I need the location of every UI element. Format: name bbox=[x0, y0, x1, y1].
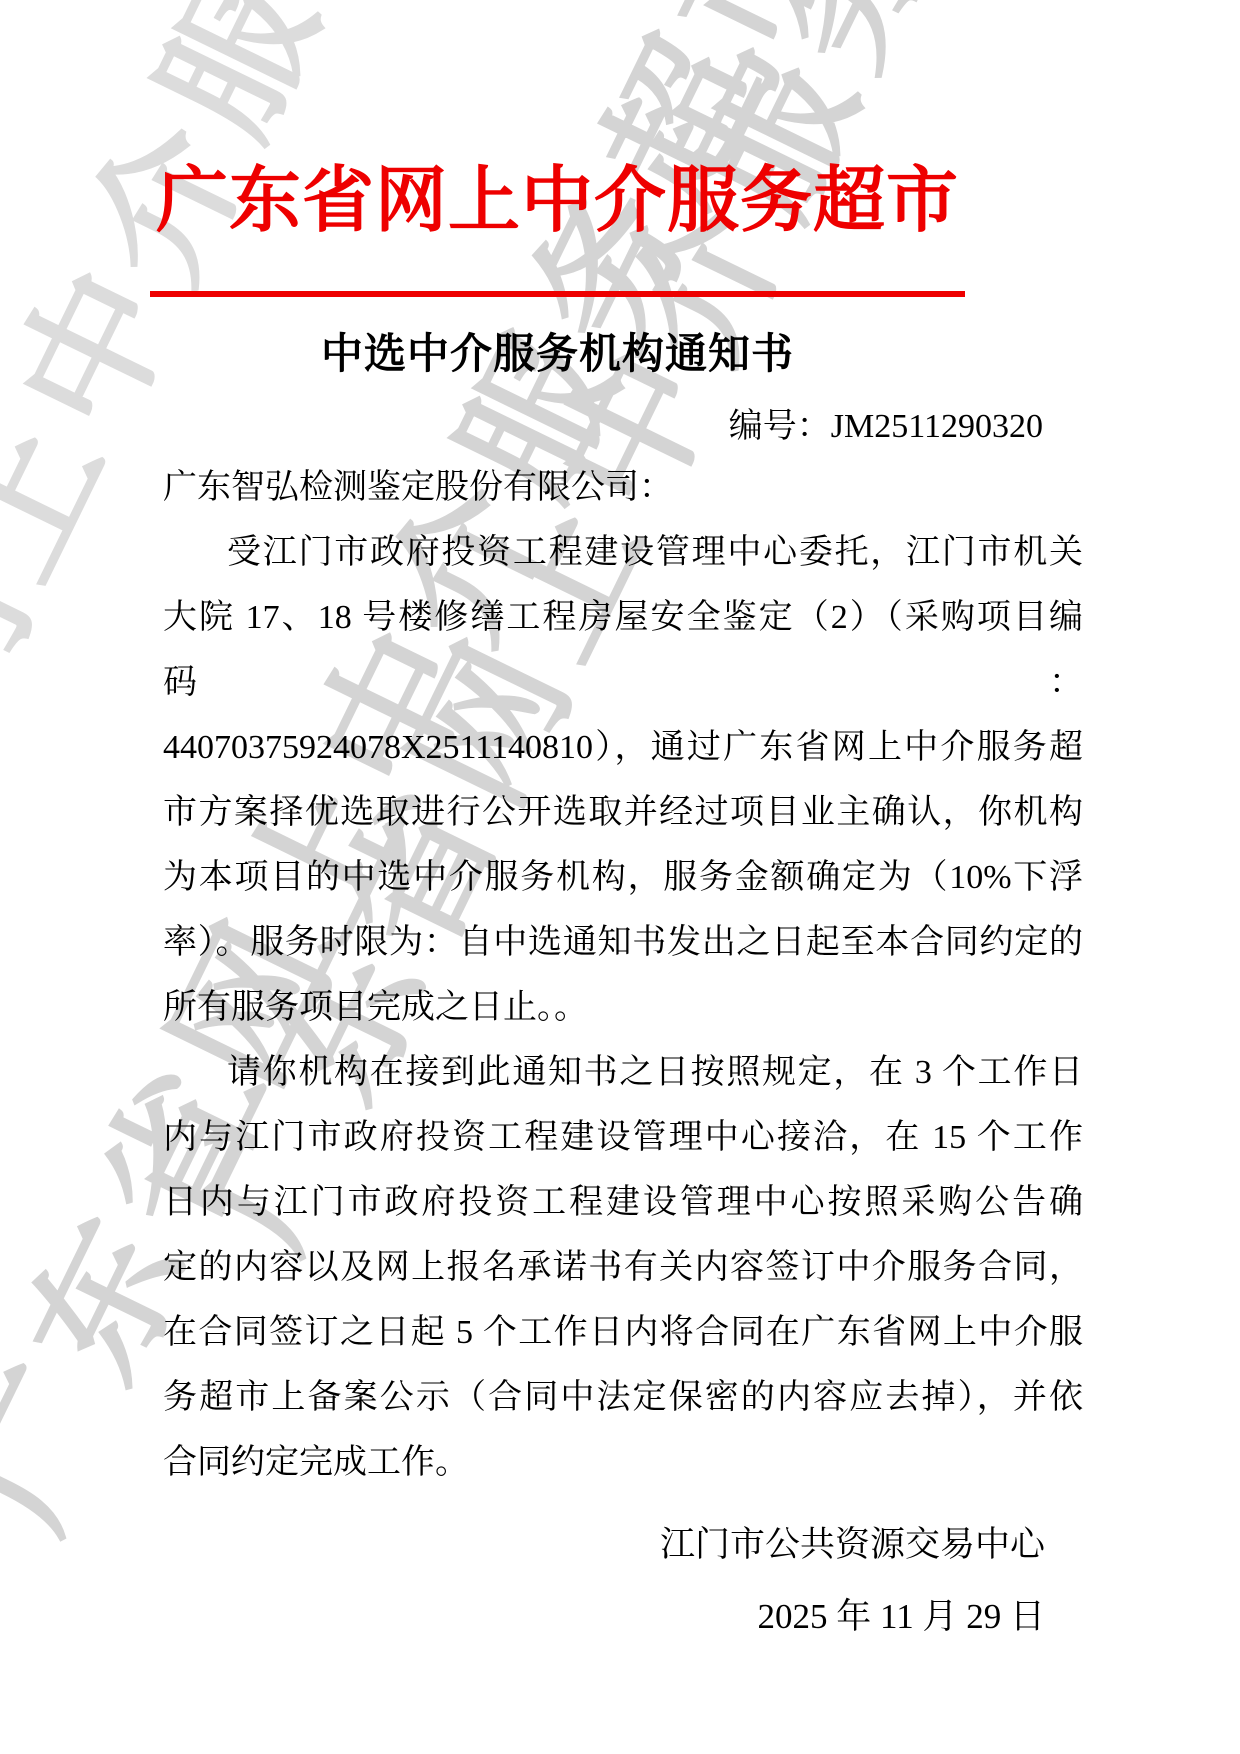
body-line: 务超市上备案公示（合同中法定保密的内容应去掉），并依 bbox=[163, 1365, 1083, 1430]
document-content: 广东省网上中介服务超市 中选中介服务机构通知书 编号：JM2511290320 … bbox=[0, 0, 1240, 1754]
body-line: 44070375924078X2511140810），通过广东省网上中介服务超 bbox=[163, 715, 1083, 780]
salutation-line: 广东智弘检测鉴定股份有限公司： bbox=[163, 455, 1083, 520]
body-line: 市方案择优选取进行公开选取并经过项目业主确认，你机构 bbox=[163, 780, 1083, 845]
issue-date: 2025 年 11 月 29 日 bbox=[163, 1581, 1045, 1653]
notice-document-page: 广东省网上中介服务超市 广东省网上中介服务超市 广东省网上中介服务超市 广东省网… bbox=[0, 0, 1240, 1754]
document-number-row: 编号：JM2511290320 bbox=[163, 398, 1083, 447]
document-number-label: 编号： bbox=[729, 408, 831, 445]
document-number-value: JM2511290320 bbox=[831, 408, 1043, 445]
body-line: 内与江门市政府投资工程建设管理中心接洽，在 15 个工作 bbox=[163, 1105, 1083, 1170]
body-line: 请你机构在接到此通知书之日按照规定，在 3 个工作日 bbox=[163, 1040, 1083, 1105]
body-line: 为本项目的中选中介服务机构，服务金额确定为（10%下浮 bbox=[163, 845, 1083, 910]
body-line: 在合同签订之日起 5 个工作日内将合同在广东省网上中介服 bbox=[163, 1300, 1083, 1365]
red-divider-rule bbox=[150, 291, 965, 297]
site-title: 广东省网上中介服务超市 bbox=[150, 142, 965, 246]
issuer-name: 江门市公共资源交易中心 bbox=[163, 1509, 1045, 1581]
body-line: 受江门市政府投资工程建设管理中心委托，江门市机关 bbox=[163, 520, 1083, 585]
document-body: 广东智弘检测鉴定股份有限公司： 受江门市政府投资工程建设管理中心委托，江门市机关… bbox=[163, 455, 1083, 1495]
body-line: 大院 17、18 号楼修缮工程房屋安全鉴定（2）（采购项目编码： bbox=[163, 585, 1083, 715]
body-line: 率）。服务时限为：自中选通知书发出之日起至本合同约定的 bbox=[163, 910, 1083, 975]
body-paragraphs: 受江门市政府投资工程建设管理中心委托，江门市机关大院 17、18 号楼修缮工程房… bbox=[163, 520, 1083, 1495]
paragraph: 请你机构在接到此通知书之日按照规定，在 3 个工作日内与江门市政府投资工程建设管… bbox=[163, 1040, 1083, 1495]
signature-block: 江门市公共资源交易中心 2025 年 11 月 29 日 bbox=[163, 1509, 1083, 1653]
paragraph: 受江门市政府投资工程建设管理中心委托，江门市机关大院 17、18 号楼修缮工程房… bbox=[163, 520, 1083, 1040]
body-line: 合同约定完成工作。 bbox=[163, 1430, 1083, 1495]
document-title: 中选中介服务机构通知书 bbox=[150, 321, 965, 381]
body-line: 所有服务项目完成之日止。。 bbox=[163, 975, 1083, 1040]
body-line: 日内与江门市政府投资工程建设管理中心按照采购公告确 bbox=[163, 1170, 1083, 1235]
body-line: 定的内容以及网上报名承诺书有关内容签订中介服务合同， bbox=[163, 1235, 1083, 1300]
